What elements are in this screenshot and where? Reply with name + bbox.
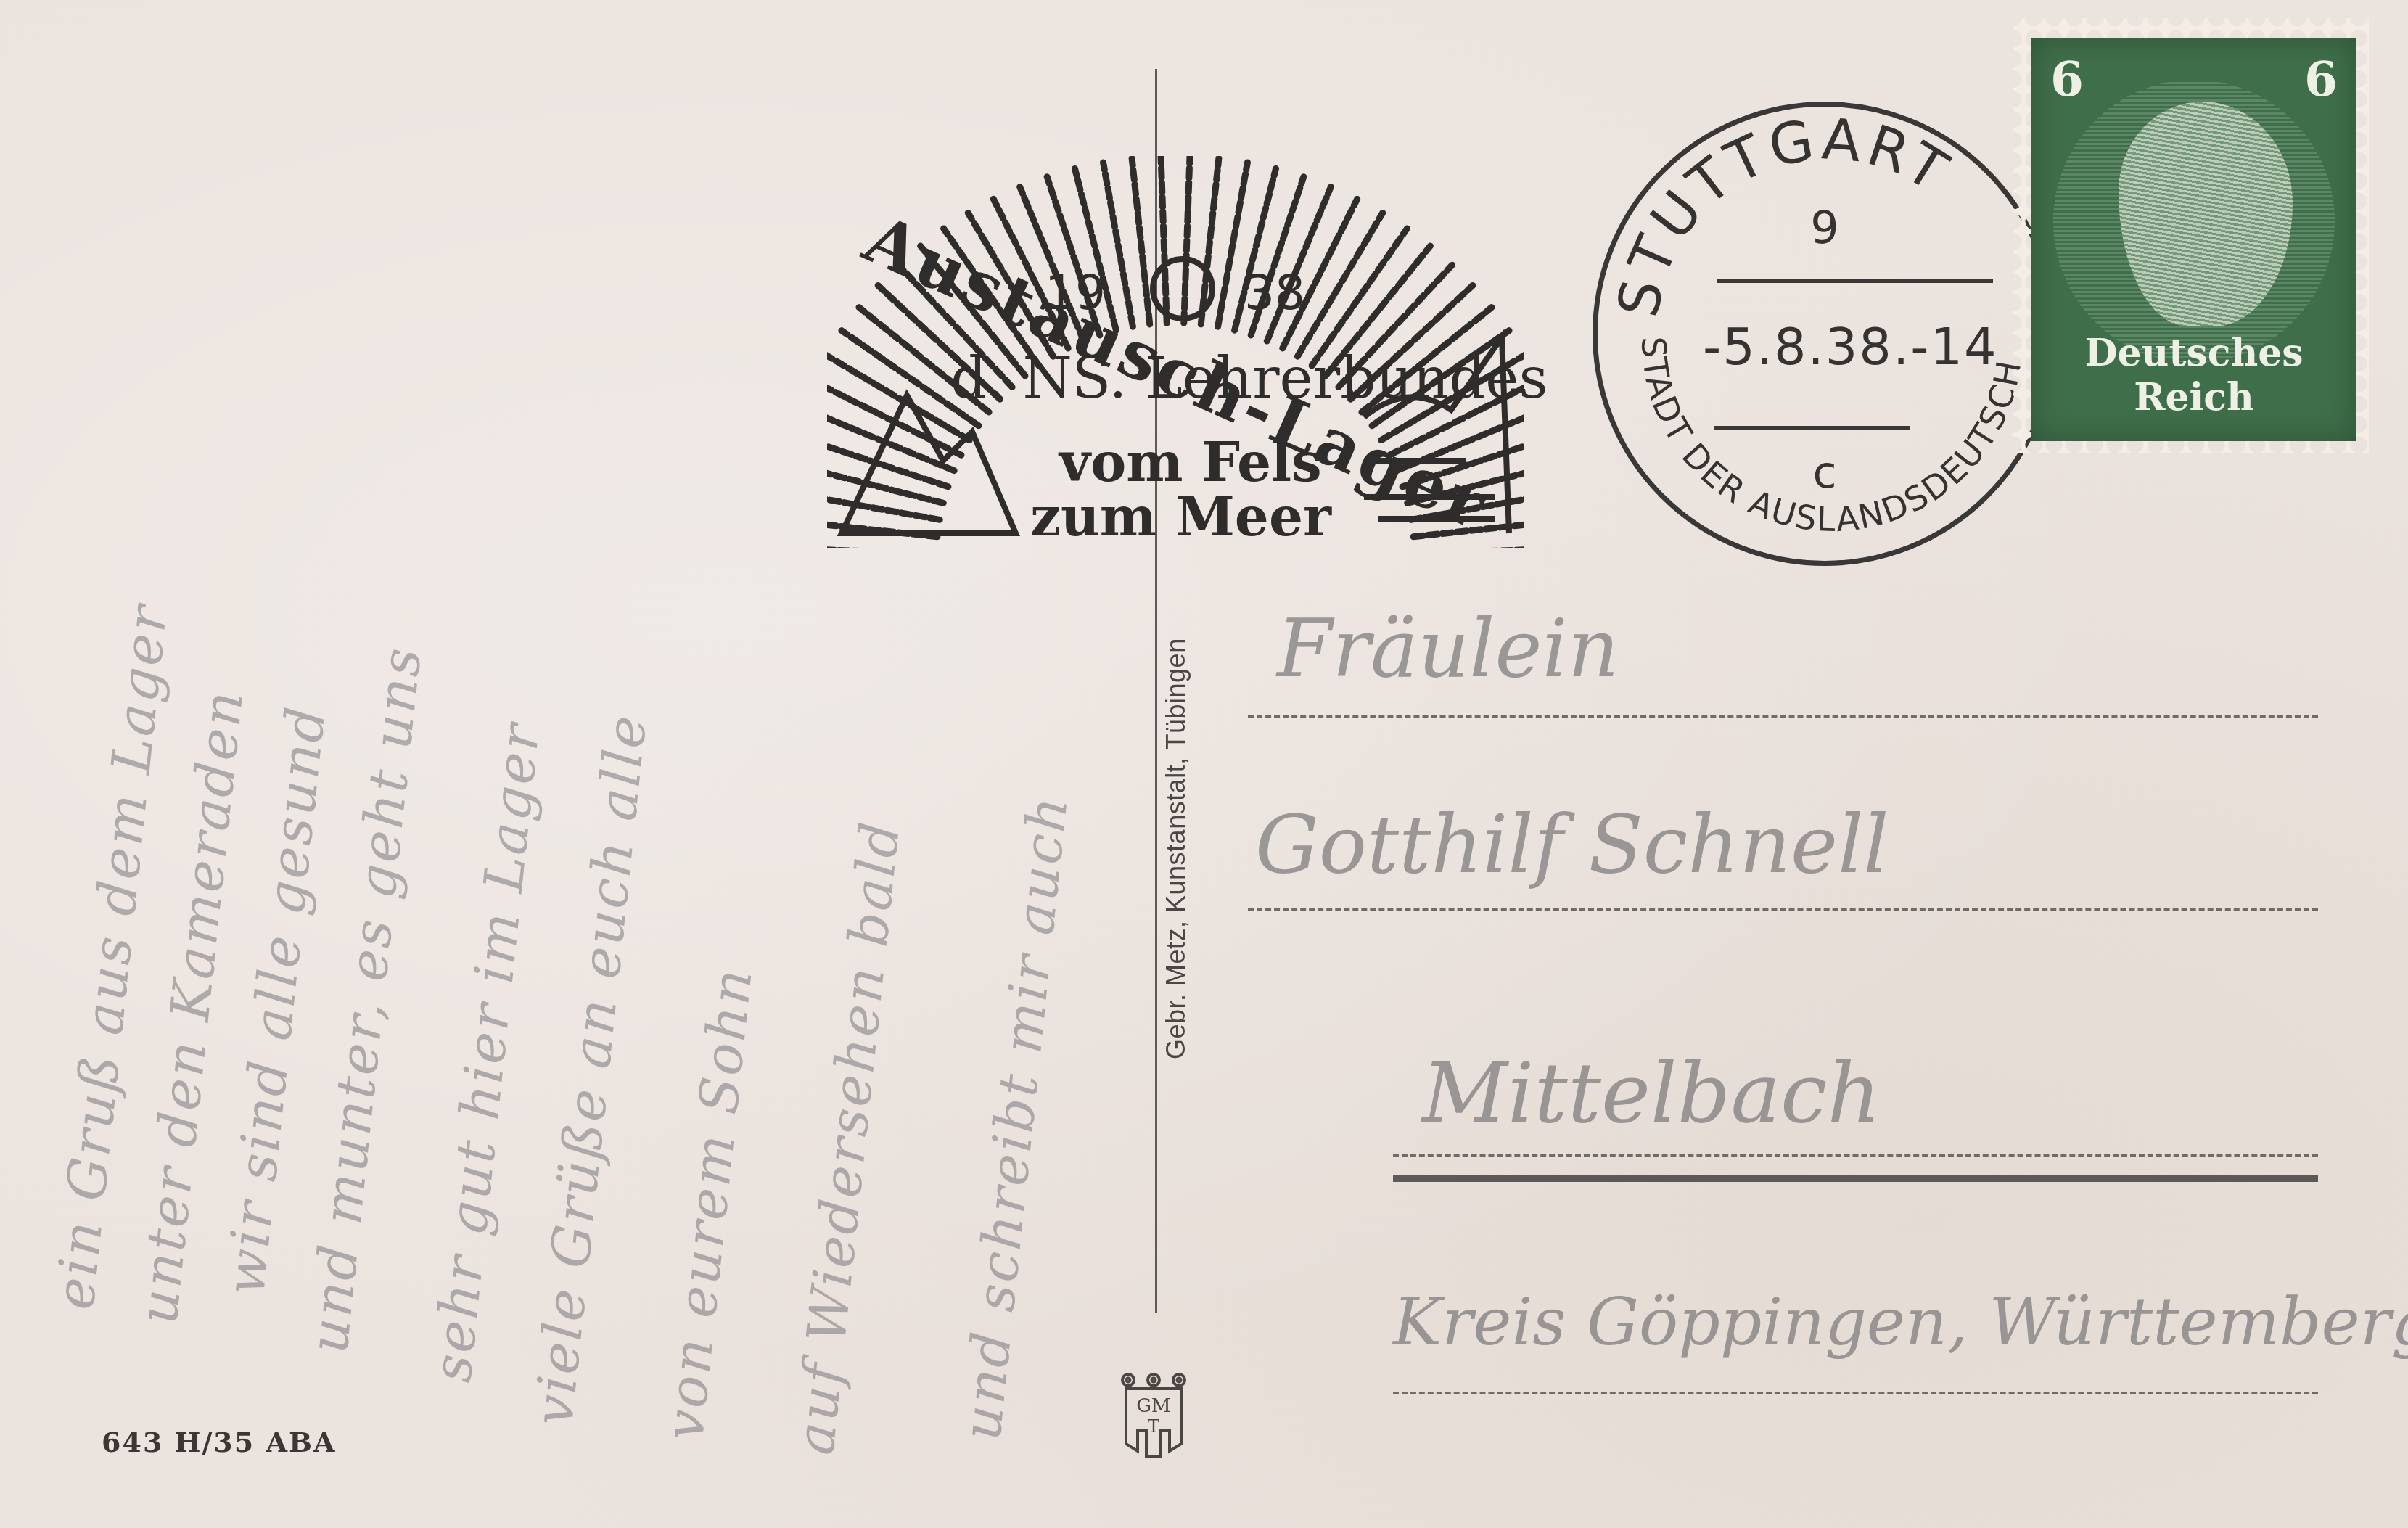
address-underline-solid xyxy=(1393,1175,2318,1182)
stamp-value-left: 6 xyxy=(2050,51,2084,107)
svg-text:T: T xyxy=(1148,1416,1159,1437)
publisher-code: 643 H/35 ABA xyxy=(102,1426,337,1458)
postmark-date: -5.8.38.-14 xyxy=(1703,317,1998,377)
portrait-medallion xyxy=(2053,80,2335,363)
date-postmark: STUTTGART STADT DER AUSLANDSDEUTSCHEN 9 … xyxy=(1593,102,2057,566)
postmark-code: c xyxy=(1598,448,2052,498)
address-line-4 xyxy=(1393,1392,2318,1394)
message-line: von eurem Sohn xyxy=(653,964,765,1443)
address-line-1-text: Fräulein xyxy=(1277,602,1619,695)
emblem-icon xyxy=(1150,256,1215,321)
cancel-subtitle: d. NS. Lehrerbundes xyxy=(950,346,1548,411)
message-line: auf Wiedersehen bald xyxy=(784,817,912,1458)
cancel-year-left: 19 xyxy=(1045,265,1106,321)
message-line: und schreibt mir auch xyxy=(950,792,1080,1443)
slogan-cancel: Austausch-Lager 19 38 d. NS. Lehrerbunde… xyxy=(827,156,1524,548)
postcard: ein Gruß aus dem Lager unter den Kamerad… xyxy=(0,0,2408,1528)
stamp-value-right: 6 xyxy=(2304,51,2338,107)
stamp-country: Deutsches Reich xyxy=(2031,331,2356,419)
address-line-2 xyxy=(1248,908,2318,911)
postage-stamp: 6 6 Deutsches Reich xyxy=(2031,38,2356,441)
address-line-4-text: Kreis Göppingen, Württemberg xyxy=(1393,1284,2408,1360)
postmark-bar xyxy=(1714,426,1910,430)
address-line-2-text: Gotthilf Schnell xyxy=(1255,798,1889,891)
cancel-motto-2: zum Meer xyxy=(1030,486,1331,549)
postmark-office-number: 9 xyxy=(1598,201,2052,254)
printer-imprint: Gebr. Metz, Kunstanstalt, Tübingen xyxy=(1161,638,1191,1059)
svg-text:GM: GM xyxy=(1136,1395,1170,1417)
postmark-bar xyxy=(1717,279,1993,283)
message-line: viele Grüße an euch alle xyxy=(522,711,659,1429)
portrait-icon xyxy=(2119,102,2293,326)
address-line-3-text: Mittelbach xyxy=(1422,1045,1881,1142)
cancel-motto-1: vom Fels xyxy=(1059,432,1322,494)
address-line-1 xyxy=(1248,715,2318,718)
message-line: sehr gut hier im Lager xyxy=(421,719,552,1385)
address-line-3 xyxy=(1393,1154,2318,1157)
cancel-year-right: 38 xyxy=(1244,265,1305,321)
gmt-publisher-logo-icon: GM T xyxy=(1117,1371,1190,1462)
